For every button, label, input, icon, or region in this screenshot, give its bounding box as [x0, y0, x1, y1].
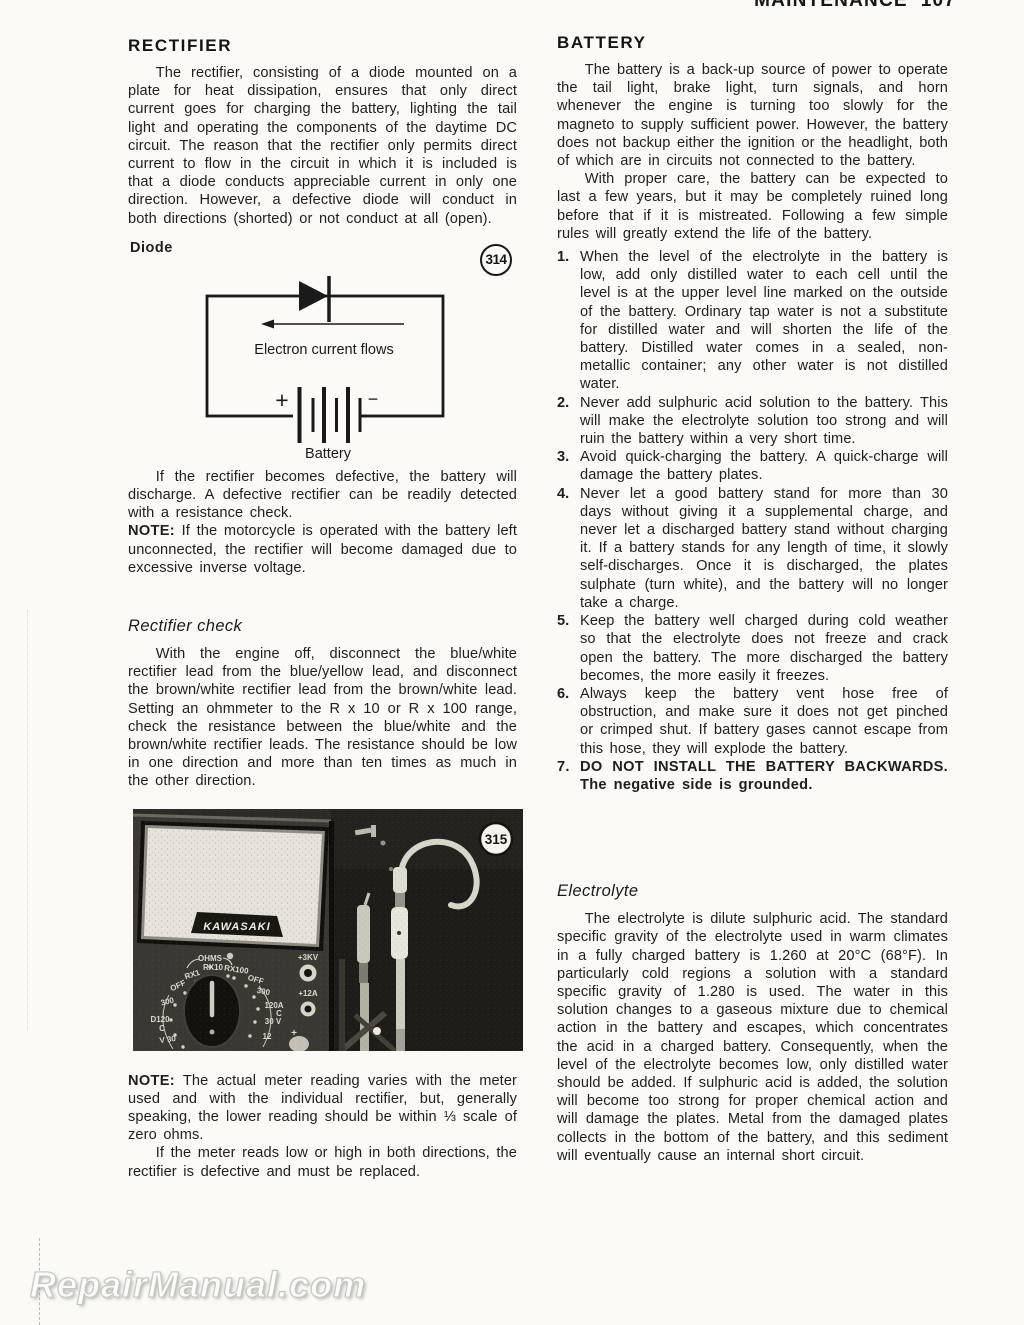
- battery-minus-label: −: [368, 389, 379, 409]
- subheading-electrolyte: Electrolyte: [557, 882, 948, 901]
- list-item-number: 4.: [557, 485, 580, 612]
- subheading-rectifier-check: Rectifier check: [128, 617, 517, 636]
- list-item-text: Always keep the battery vent hose free o…: [580, 685, 948, 758]
- diode-symbol-icon: [299, 281, 328, 311]
- list-item: 2.Never add sulphuric acid solution to t…: [557, 394, 948, 449]
- note-text: If the motorcycle is operated with the b…: [128, 523, 517, 575]
- battery-plate-long: [298, 387, 302, 443]
- battery-plate-long: [322, 387, 326, 443]
- note-paragraph: NOTE: The actual meter reading varies wi…: [128, 1072, 517, 1145]
- list-item: 7.DO NOT INSTALL THE BATTERY BACKWARDS. …: [557, 758, 948, 794]
- electrolyte-paragraph: The electrolyte is dilute sulphuric acid…: [557, 910, 948, 1165]
- scan-margin-artifact: [27, 610, 28, 1030]
- list-item-text: Never let a good battery stand for more …: [580, 485, 948, 612]
- arrow-head-icon: [261, 319, 274, 328]
- manual-page: MAINTENANCE 107 RECTIFIER The rectifier,…: [0, 0, 1024, 1325]
- note-label: NOTE:: [128, 1073, 175, 1089]
- battery-paragraph: With proper care, the battery can be exp…: [557, 170, 948, 243]
- spacer: [128, 577, 517, 617]
- repairmanual-watermark: RepairManual.com: [30, 1264, 366, 1306]
- list-item: 4.Never let a good battery stand for mor…: [557, 485, 948, 612]
- battery-caption: Battery: [305, 446, 352, 462]
- list-item-number: 1.: [557, 248, 580, 394]
- spacer: [128, 1051, 517, 1056]
- battery-gap: [293, 408, 363, 424]
- list-item-number: 3.: [557, 448, 580, 484]
- battery-paragraph: The battery is a back-up source of power…: [557, 61, 948, 170]
- left-column: RECTIFIER The rectifier, consisting of a…: [128, 36, 517, 1181]
- list-item: 3.Avoid quick-charging the battery. A qu…: [557, 448, 948, 484]
- battery-rules-list: 1.When the level of the electrolyte in t…: [557, 248, 948, 794]
- figure-number-314: 314: [485, 252, 506, 267]
- battery-plate-long: [346, 387, 350, 443]
- rectifier-check-paragraph: With the engine off, disconnect the blue…: [128, 645, 517, 791]
- rectifier-paragraph: If the rectifier becomes defective, the …: [128, 468, 517, 523]
- figure-diode-circuit: Diode 314 Electron current flows +: [128, 228, 517, 468]
- list-item: 1.When the level of the electrolyte in t…: [557, 248, 948, 394]
- list-item-text: When the level of the electrolyte in the…: [580, 248, 948, 394]
- spacer: [557, 794, 948, 882]
- list-item-number: 6.: [557, 685, 580, 758]
- list-item-number: 5.: [557, 612, 580, 685]
- battery-plus-label: +: [275, 387, 288, 413]
- list-item-number: 7.: [557, 758, 580, 794]
- list-item: 5.Keep the battery well charged during c…: [557, 612, 948, 685]
- battery-plate-short: [312, 398, 315, 432]
- electron-flow-label: Electron current flows: [254, 342, 393, 358]
- figure-number-315: 315: [485, 832, 508, 847]
- rectifier-check-paragraph: If the meter reads low or high in both d…: [128, 1144, 517, 1180]
- list-item-number: 2.: [557, 394, 580, 449]
- figure-diode-label: Diode: [130, 240, 173, 256]
- diode-circuit-diagram: Electron current flows + − Battery: [200, 274, 452, 466]
- battery-plate-short: [335, 398, 338, 432]
- note-label: NOTE:: [128, 523, 175, 539]
- list-item-text: Never add sulphuric acid solution to the…: [580, 394, 948, 449]
- figure-ohmmeter-photo: KAWASAKI OHMS RX1 RX10 RX100 OFF OFF 300…: [133, 809, 523, 1051]
- page-header: MAINTENANCE 107: [754, 0, 956, 12]
- ohmmeter-photo: KAWASAKI OHMS RX1 RX10 RX100 OFF OFF 300…: [133, 809, 523, 1051]
- note-paragraph: NOTE: If the motorcycle is operated with…: [128, 522, 517, 577]
- figure-number-badge-314: 314: [480, 244, 512, 276]
- list-item-text: Keep the battery well charged during col…: [580, 612, 948, 685]
- rectifier-paragraph: The rectifier, consisting of a diode mou…: [128, 64, 517, 228]
- list-item-text: Avoid quick-charging the battery. A quic…: [580, 448, 948, 484]
- list-item-text: DO NOT INSTALL THE BATTERY BACKWARDS. Th…: [580, 758, 948, 794]
- right-column: BATTERY The battery is a back-up source …: [557, 33, 948, 1165]
- list-item: 6.Always keep the battery vent hose free…: [557, 685, 948, 758]
- section-heading-rectifier: RECTIFIER: [128, 36, 517, 56]
- section-heading-battery: BATTERY: [557, 33, 948, 53]
- note-text: The actual meter reading varies with the…: [128, 1073, 517, 1144]
